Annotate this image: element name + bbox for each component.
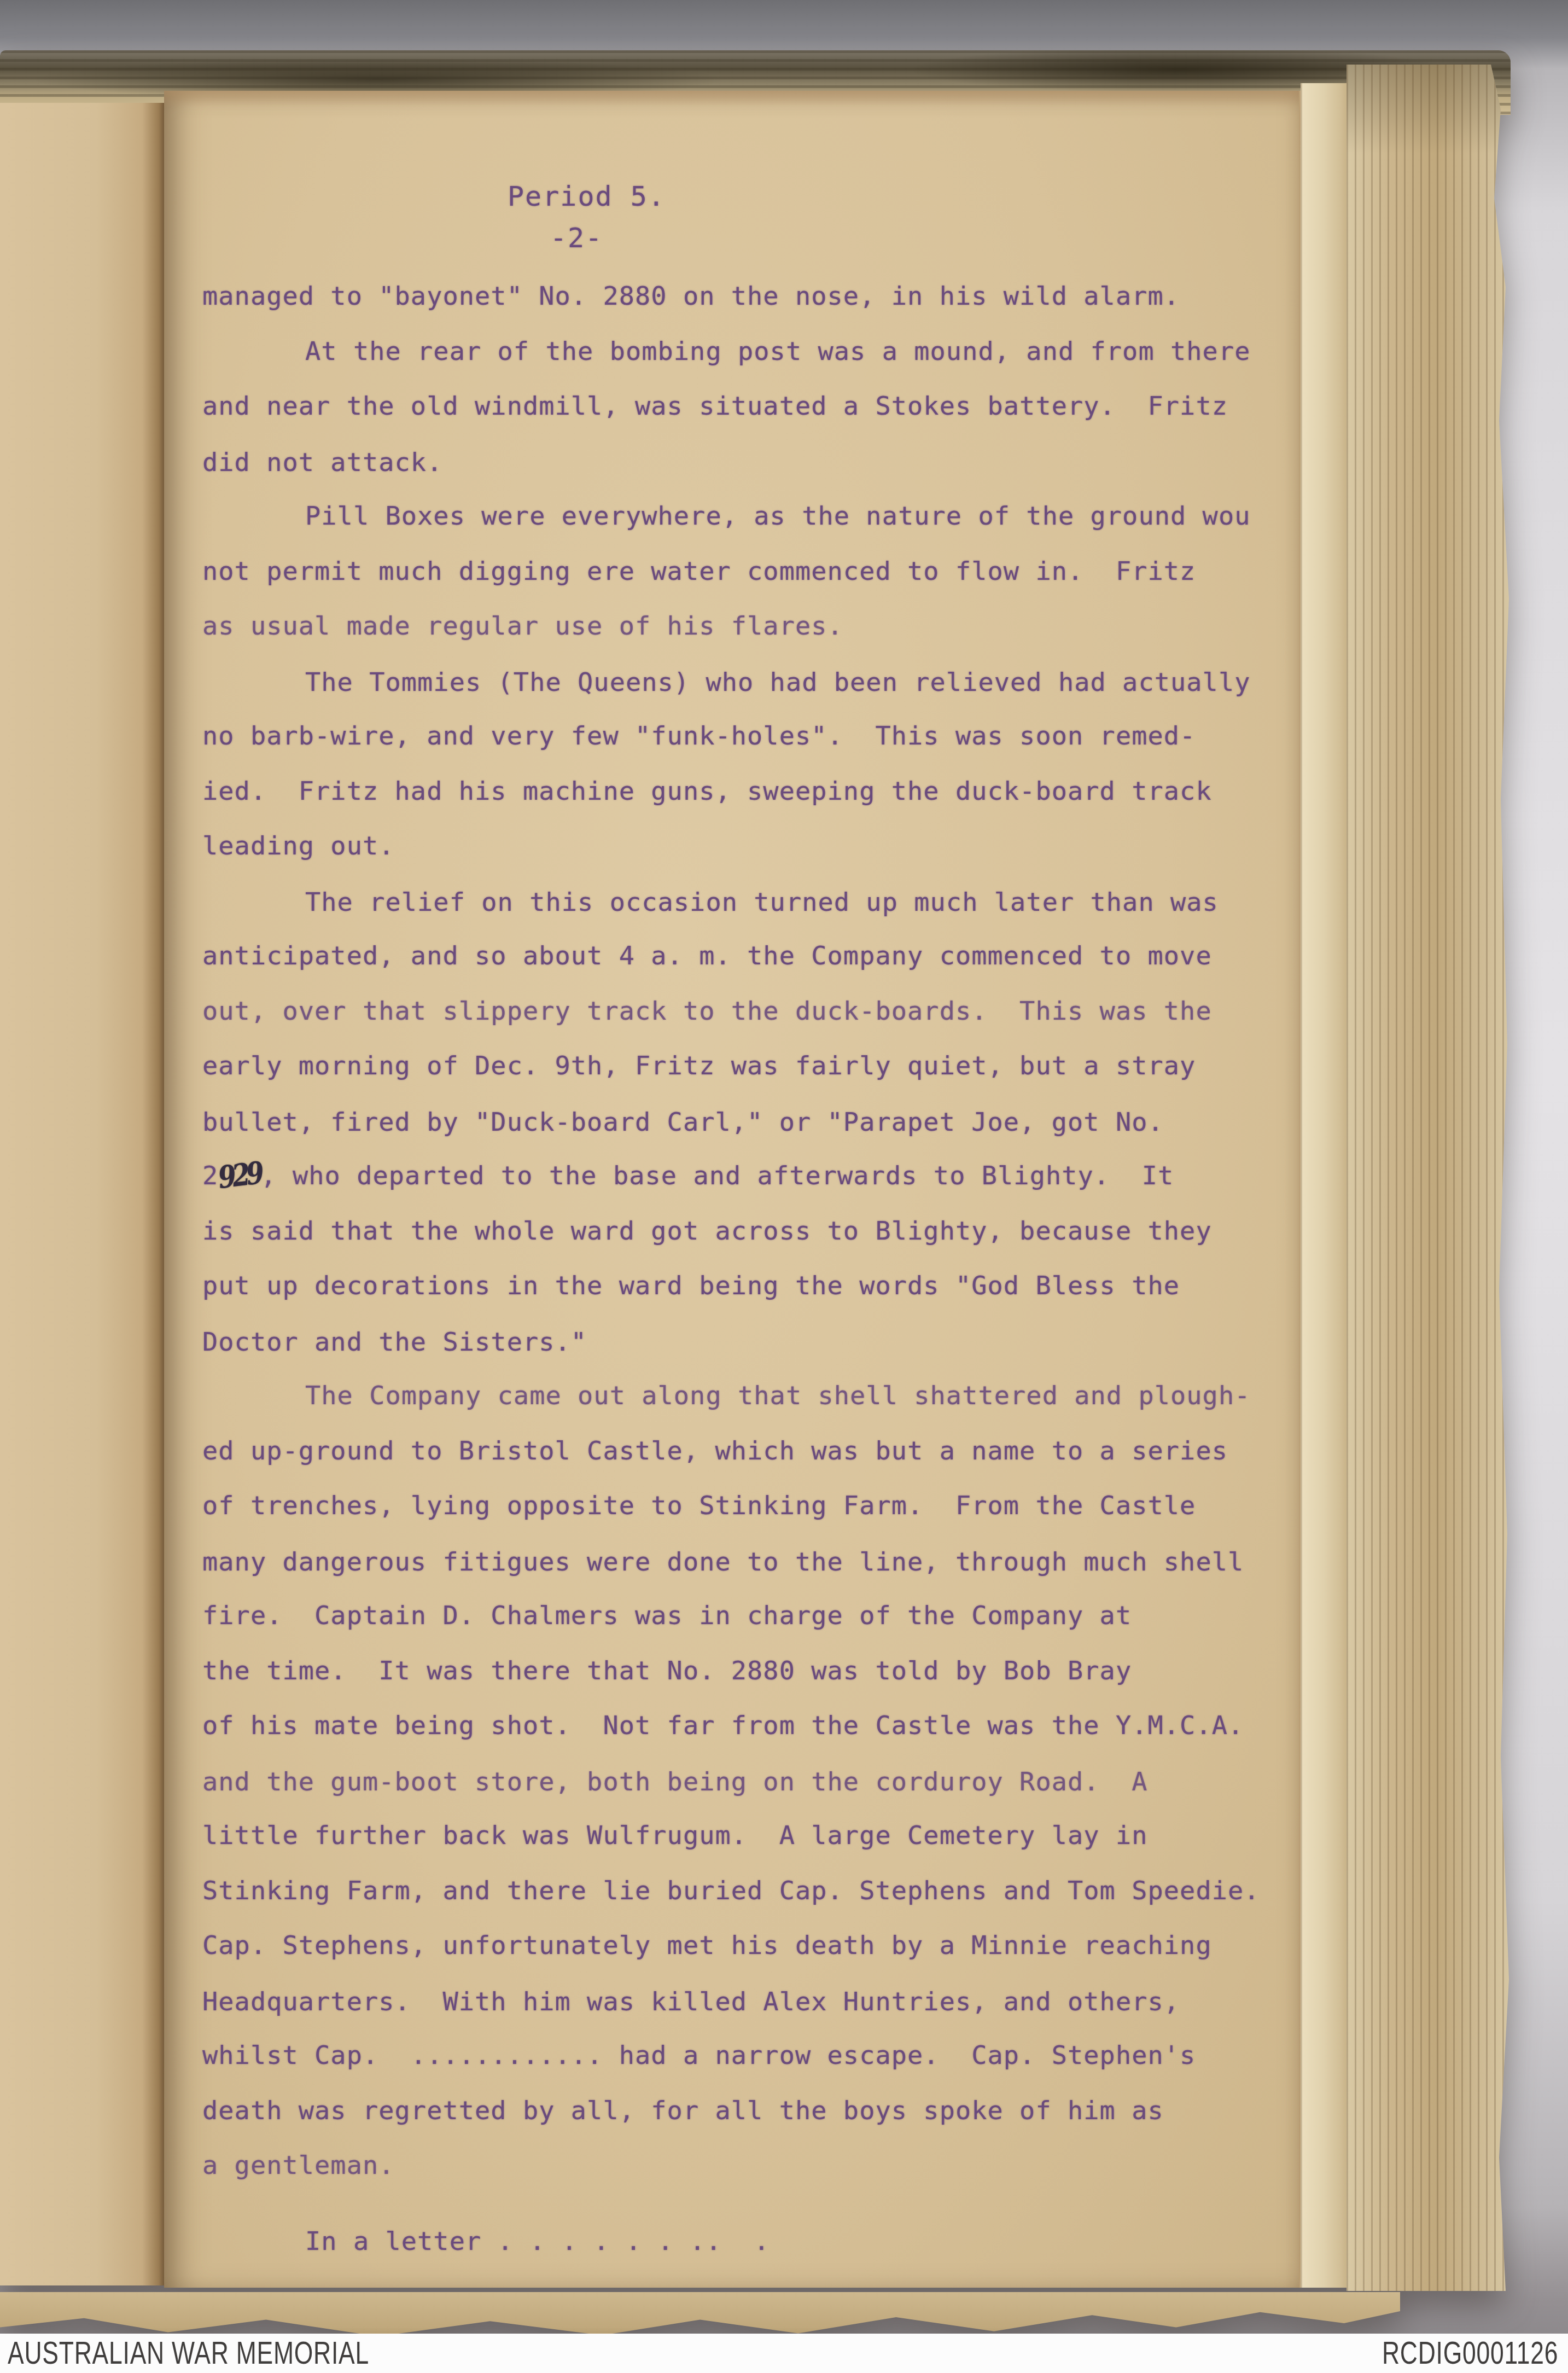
typed-line: no barb-wire, and very few "funk-holes".…: [202, 709, 1301, 764]
typed-line: The relief on this occasion turned up mu…: [202, 875, 1301, 930]
typed-line: as usual made regular use of his flares.: [202, 599, 1301, 654]
typed-line: not permit much digging ere water commen…: [202, 544, 1301, 600]
archive-footer-bar: AUSTRALIAN WAR MEMORIAL RCDIG0001126: [0, 2334, 1568, 2373]
typed-line: did not attack.: [202, 435, 1301, 491]
typed-line: is said that the whole ward got across t…: [202, 1204, 1301, 1259]
typed-line: Headquarters. With him was killed Alex H…: [202, 1975, 1301, 2030]
typed-line: the time. It was there that No. 2880 was…: [202, 1644, 1301, 1699]
typed-line: and near the old windmill, was situated …: [202, 379, 1301, 434]
typed-line: Stinking Farm, and there lie buried Cap.…: [202, 1864, 1301, 1919]
typed-line: early morning of Dec. 9th, Fritz was fai…: [202, 1039, 1301, 1094]
typed-line: put up decorations in the ward being the…: [202, 1259, 1301, 1314]
typed-line: of his mate being shot. Not far from the…: [202, 1699, 1301, 1754]
archive-name-label: AUSTRALIAN WAR MEMORIAL: [8, 2335, 369, 2371]
typed-line: The Tommies (The Queens) who had been re…: [202, 655, 1301, 711]
left-page-margin: [0, 103, 165, 2285]
typed-line: At the rear of the bombing post was a mo…: [202, 324, 1301, 380]
typed-line: ied. Fritz had his machine guns, sweepin…: [202, 764, 1301, 819]
typed-line: Pill Boxes were everywhere, as the natur…: [202, 489, 1301, 544]
typed-line: The Company came out along that shell sh…: [202, 1369, 1301, 1424]
typed-line: anticipated, and so about 4 a. m. the Co…: [202, 929, 1301, 984]
typed-line: little further back was Wulfrugum. A lar…: [202, 1808, 1301, 1864]
page-heading-number: -2-: [550, 222, 603, 254]
typed-line: of trenches, lying opposite to Stinking …: [202, 1479, 1301, 1534]
page-fold-edge: [1301, 83, 1351, 2288]
typed-lines: managed to "bayonet" No. 2880 on the nos…: [202, 269, 1301, 2268]
typed-line: a gentleman.: [202, 2138, 1301, 2194]
handwritten-overwrite: 929: [214, 1142, 264, 1211]
typed-line: fire. Captain D. Chalmers was in charge …: [202, 1589, 1301, 1644]
typed-line: and the gum-boot store, both being on th…: [202, 1755, 1301, 1810]
typed-line: Cap. Stephens, unfortunately met his dea…: [202, 1918, 1301, 1974]
typed-line: managed to "bayonet" No. 2880 on the nos…: [202, 269, 1301, 324]
typed-line: out, over that slippery track to the duc…: [202, 984, 1301, 1039]
typed-line: death was regretted by all, for all the …: [202, 2084, 1301, 2139]
scrapbook: Period 5. -2- managed to "bayonet" No. 2…: [0, 50, 1511, 2316]
typed-line: 2929, who departed to the base and after…: [202, 1149, 1301, 1204]
typed-line: whilst Cap. ............ had a narrow es…: [202, 2028, 1301, 2084]
page-right-edges: [1347, 65, 1511, 2291]
typed-line: In a letter . . . . . . .. .: [202, 2214, 1301, 2270]
typed-line: ed up-ground to Bristol Castle, which wa…: [202, 1424, 1301, 1479]
page-heading-period: Period 5.: [508, 181, 666, 212]
archive-reference-id: RCDIG0001126: [1382, 2335, 1558, 2371]
typed-line: Doctor and the Sisters.": [202, 1315, 1301, 1370]
typed-text: Period 5. -2- managed to "bayonet" No. 2…: [164, 91, 1299, 2288]
typed-line: many dangerous fitigues were done to the…: [202, 1535, 1301, 1590]
typed-line: bullet, fired by "Duck-board Carl," or "…: [202, 1095, 1301, 1150]
typed-line: leading out.: [202, 819, 1301, 874]
document-page: Period 5. -2- managed to "bayonet" No. 2…: [164, 91, 1301, 2288]
